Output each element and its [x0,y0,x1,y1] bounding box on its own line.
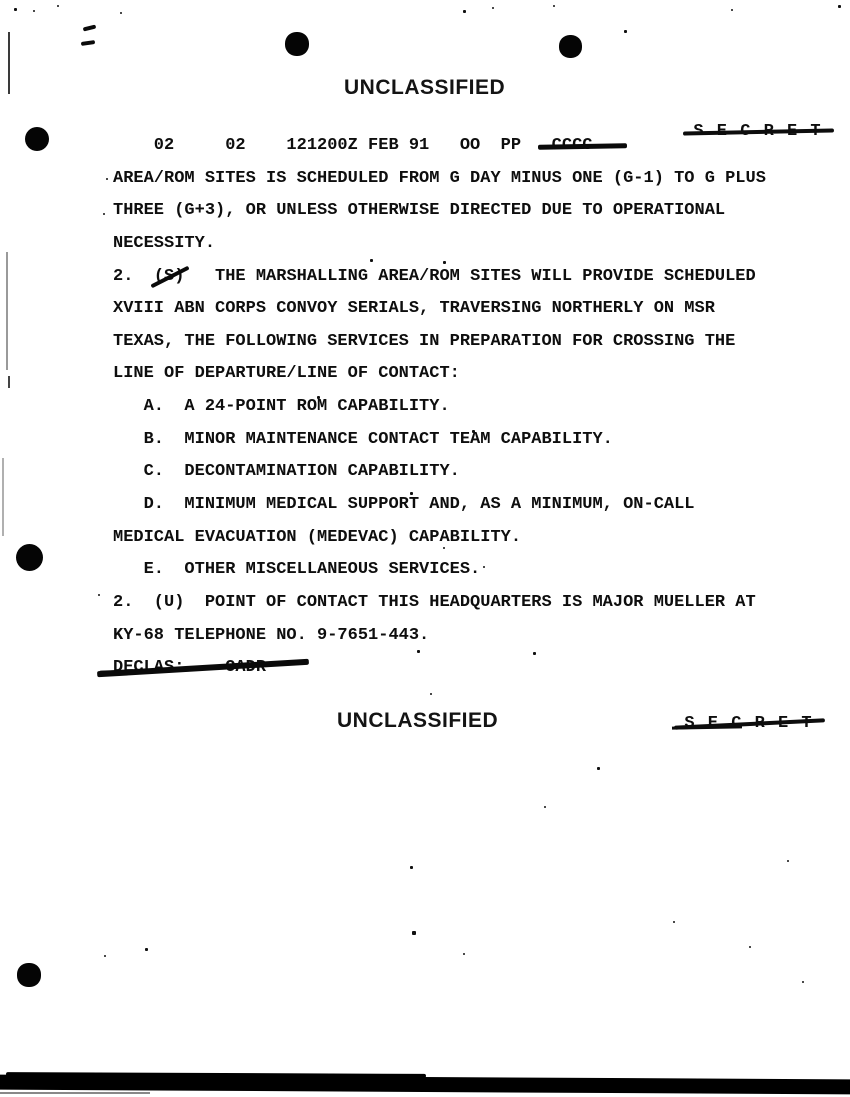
message-line-1: AREA/ROM SITES IS SCHEDULED FROM G DAY M… [113,169,813,202]
message-text: KY-68 TELEPHONE NO. 9-7651-443. [113,626,429,645]
struck-text: CCCC [552,136,593,155]
scan-speck [370,259,373,262]
scan-speck [838,5,841,8]
scan-speck [472,430,475,433]
scan-speck [417,650,420,653]
struck-text: DECLAS: OADR [113,658,266,677]
message-line-8: A. A 24-POINT ROM CAPABILITY. [113,397,813,430]
scan-speck [430,693,432,695]
unclassified-stamp-top: UNCLASSIFIED [344,76,505,100]
unclassified-stamp-bottom: UNCLASSIFIED [337,709,498,733]
message-text: NECESSITY. [113,234,215,253]
message-line-0: 02 02 121200Z FEB 91 OO PP CCCC [113,136,813,169]
scan-speck [120,12,122,14]
scan-speck [787,860,789,862]
scan-speck [33,10,35,12]
scan-bar-shadow [0,1092,150,1094]
scan-speck [492,7,494,9]
message-text: THE MARSHALLING AREA/ROM SITES WILL PROV… [184,267,755,286]
scan-speck [553,5,555,7]
message-text: 02 02 121200Z FEB 91 OO PP [113,136,552,155]
scan-speck [731,9,733,11]
scan-speck [14,8,17,11]
scan-speck [483,566,485,568]
message-line-2: THREE (G+3), OR UNLESS OTHERWISE DIRECTE… [113,201,813,234]
scan-speck [749,946,751,948]
punch-hole-bottom-left [17,963,41,987]
pen-mark [81,40,95,46]
secret-stamp-bottom-text: S E C R E T [684,714,813,733]
scan-speck [412,931,416,935]
scan-speck [624,30,627,33]
message-line-10: C. DECONTAMINATION CAPABILITY. [113,462,813,495]
message-body: 02 02 121200Z FEB 91 OO PP CCCCAREA/ROM … [113,136,813,691]
message-line-3: NECESSITY. [113,234,813,267]
message-line-6: TEXAS, THE FOLLOWING SERVICES IN PREPARA… [113,332,813,365]
scan-speck [317,396,320,399]
staple-mark-left [285,32,309,56]
scan-speck [802,981,804,983]
message-text: AREA/ROM SITES IS SCHEDULED FROM G DAY M… [113,169,766,188]
punch-hole-top-left [25,127,49,151]
message-text: B. MINOR MAINTENANCE CONTACT TEAM CAPABI… [113,430,613,449]
message-text: C. DECONTAMINATION CAPABILITY. [113,462,460,481]
message-line-5: XVIII ABN CORPS CONVOY SERIALS, TRAVERSI… [113,299,813,332]
message-text: D. MINIMUM MEDICAL SUPPORT AND, AS A MIN… [113,495,695,514]
scan-speck [443,547,445,549]
struck-text: (S) [154,267,185,286]
message-line-13: E. OTHER MISCELLANEOUS SERVICES. [113,560,813,593]
message-text: 2. [113,267,154,286]
scan-speck [410,492,413,495]
scan-speck [443,261,446,264]
pen-mark [83,24,97,31]
message-text: E. OTHER MISCELLANEOUS SERVICES. [113,560,480,579]
message-line-9: B. MINOR MAINTENANCE CONTACT TEAM CAPABI… [113,430,813,463]
message-text: THREE (G+3), OR UNLESS OTHERWISE DIRECTE… [113,201,725,220]
message-text: LINE OF DEPARTURE/LINE OF CONTACT: [113,364,460,383]
punch-hole-middle-left [16,544,43,571]
message-line-12: MEDICAL EVACUATION (MEDEVAC) CAPABILITY. [113,528,813,561]
scan-edge-line [6,252,8,370]
message-line-11: D. MINIMUM MEDICAL SUPPORT AND, AS A MIN… [113,495,813,528]
scan-edge-line [2,458,4,536]
scan-speck [463,10,466,13]
message-text: MEDICAL EVACUATION (MEDEVAC) CAPABILITY. [113,528,521,547]
message-text: TEXAS, THE FOLLOWING SERVICES IN PREPARA… [113,332,735,351]
scan-speck [410,866,413,869]
message-text: A. A 24-POINT ROM CAPABILITY. [113,397,450,416]
scan-edge-line [8,32,10,94]
message-line-14: 2. (U) POINT OF CONTACT THIS HEADQUARTER… [113,593,813,626]
message-text: XVIII ABN CORPS CONVOY SERIALS, TRAVERSI… [113,299,715,318]
message-line-4: 2. (S) THE MARSHALLING AREA/ROM SITES WI… [113,267,813,300]
message-line-15: KY-68 TELEPHONE NO. 9-7651-443. [113,626,813,659]
scan-speck [463,953,465,955]
scan-speck [673,921,675,923]
scanned-document-page: UNCLASSIFIED S E C R E T 02 02 121200Z F… [0,0,850,1097]
message-line-16: DECLAS: OADR [113,658,813,691]
scan-speck [597,767,600,770]
staple-mark-right [559,35,582,58]
scan-speck [98,594,100,596]
message-line-7: LINE OF DEPARTURE/LINE OF CONTACT: [113,364,813,397]
scan-speck [106,178,108,180]
scan-speck [533,652,536,655]
scan-speck [103,213,105,215]
scan-speck [145,948,148,951]
scan-speck [57,5,59,7]
message-text: 2. (U) POINT OF CONTACT THIS HEADQUARTER… [113,593,756,612]
secret-stamp-bottom: S E C R E T [646,696,813,751]
scan-edge-tick [8,376,10,388]
scan-speck [544,806,546,808]
scan-speck [104,955,106,957]
